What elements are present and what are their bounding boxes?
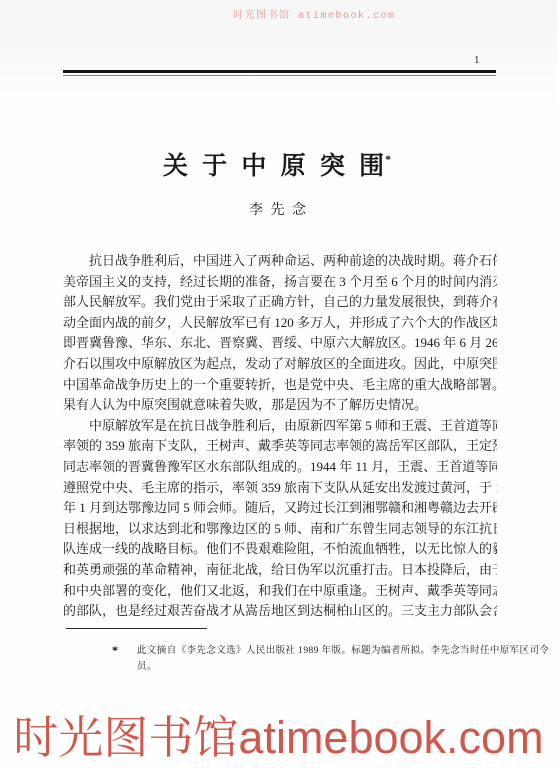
title-footnote-mark: * <box>385 152 391 166</box>
watermark-bottom: 时光图书馆atimebook.com <box>0 710 557 766</box>
footnote-marker: * <box>112 643 137 675</box>
paragraph: 抗日战争胜利后，中国进入了两种命运、两种前途的决战时期。蒋介石依仗美帝国主义的支… <box>63 251 497 416</box>
footnote-line: 员。 <box>137 659 549 675</box>
body-text-line: 即晋冀鲁豫、华东、东北、晋察冀、晋绥、中原六大解放区。1946 年 6 月 26… <box>63 333 497 354</box>
scanned-book-page: 时光图书馆 atimebook.com 1 关 于 中 原 突 围* 李 先 念… <box>0 0 557 768</box>
body-text-line: 部人民解放军。我们党由于采取了正确方针，自己的力量发展很快，到蒋介石发 <box>63 292 497 313</box>
footnote: * 此文摘自《李先念文选》人民出版社 1989 年版。标题为编者所拟。李先念当时… <box>112 643 498 675</box>
body-text-line: 中原解放军是在抗日战争胜利后，由原新四军第 5 师和王震、王首道等同志 <box>63 416 497 437</box>
body-text-line: 年 1 月到达鄂豫边同 5 师会师。随后，又跨过长江到湘鄂赣和湘粤赣边去开辟抗 <box>63 498 497 519</box>
body-text-line: 抗日战争胜利后，中国进入了两种命运、两种前途的决战时期。蒋介石依仗 <box>63 251 497 272</box>
header-rule <box>63 70 496 76</box>
footnote-rule <box>66 628 207 629</box>
page-number: 1 <box>474 54 480 66</box>
body-text-line: 介石以围攻中原解放区为起点，发动了对解放区的全面进攻。因此，中原突围是 <box>63 354 497 375</box>
body-text-line: 和中央部署的变化，他们又北返，和我们在中原重逢。王树声、戴季英等同志率领 <box>63 581 497 602</box>
body-text-line: 果有人认为中原突围就意味着失败，那是因为不了解历史情况。 <box>63 395 497 416</box>
body-text-line: 动全面内战的前夕，人民解放军已有 120 多万人，并形成了六个大的作战区域， <box>63 313 497 334</box>
article-title: 关 于 中 原 突 围* <box>0 146 557 182</box>
footnote-line: 此文摘自《李先念文选》人民出版社 1989 年版。标题为编者所拟。李先念当时任中… <box>137 643 549 659</box>
watermark-top: 时光图书馆 atimebook.com <box>233 6 396 22</box>
body-text-line: 队连成一线的战略目标。他们不畏艰难险阻，不怕流血牺牲，以无比惊人的毅力 <box>63 539 497 560</box>
body-text-line: 中国革命战争历史上的一个重要转折，也是党中央、毛主席的重大战略部署。如 <box>63 375 497 396</box>
body-text-line: 同志率领的晋冀鲁豫军区水东部队组成的。1944 年 11 月，王震、王首道等同志 <box>63 457 497 478</box>
body-text-line: 率领的 359 旅南下支队，王树声、戴季英等同志率领的嵩岳军区部队，王定烈等 <box>63 436 497 457</box>
body-text-line: 的部队，也是经过艰苦奋战才从嵩岳地区到达桐柏山区的。三支主力部队会合 <box>63 601 497 622</box>
body-text-line: 美帝国主义的支持，经过长期的准备，扬言要在 3 个月至 6 个月的时间内消灭全 <box>63 272 497 293</box>
body-text-line: 遵照党中央、毛主席的指示，率领 359 旅南下支队从延安出发渡过黄河，于 194… <box>63 478 497 499</box>
article-title-text: 关 于 中 原 突 围 <box>163 153 388 180</box>
body-text-line: 日根据地，以求达到北和鄂豫边区的 5 师、南和广东曾生同志领导的东江抗日纵 <box>63 519 497 540</box>
paragraph: 中原解放军是在抗日战争胜利后，由原新四军第 5 师和王震、王首道等同志率领的 3… <box>63 416 497 622</box>
article-body: 抗日战争胜利后，中国进入了两种命运、两种前途的决战时期。蒋介石依仗美帝国主义的支… <box>63 251 497 622</box>
author-name: 李 先 念 <box>0 199 557 219</box>
footnote-text: 此文摘自《李先念文选》人民出版社 1989 年版。标题为编者所拟。李先念当时任中… <box>137 643 549 675</box>
body-text-line: 和英勇顽强的革命精神，南征北战，给日伪军以沉重打击。日本投降后，由于时局 <box>63 560 497 581</box>
